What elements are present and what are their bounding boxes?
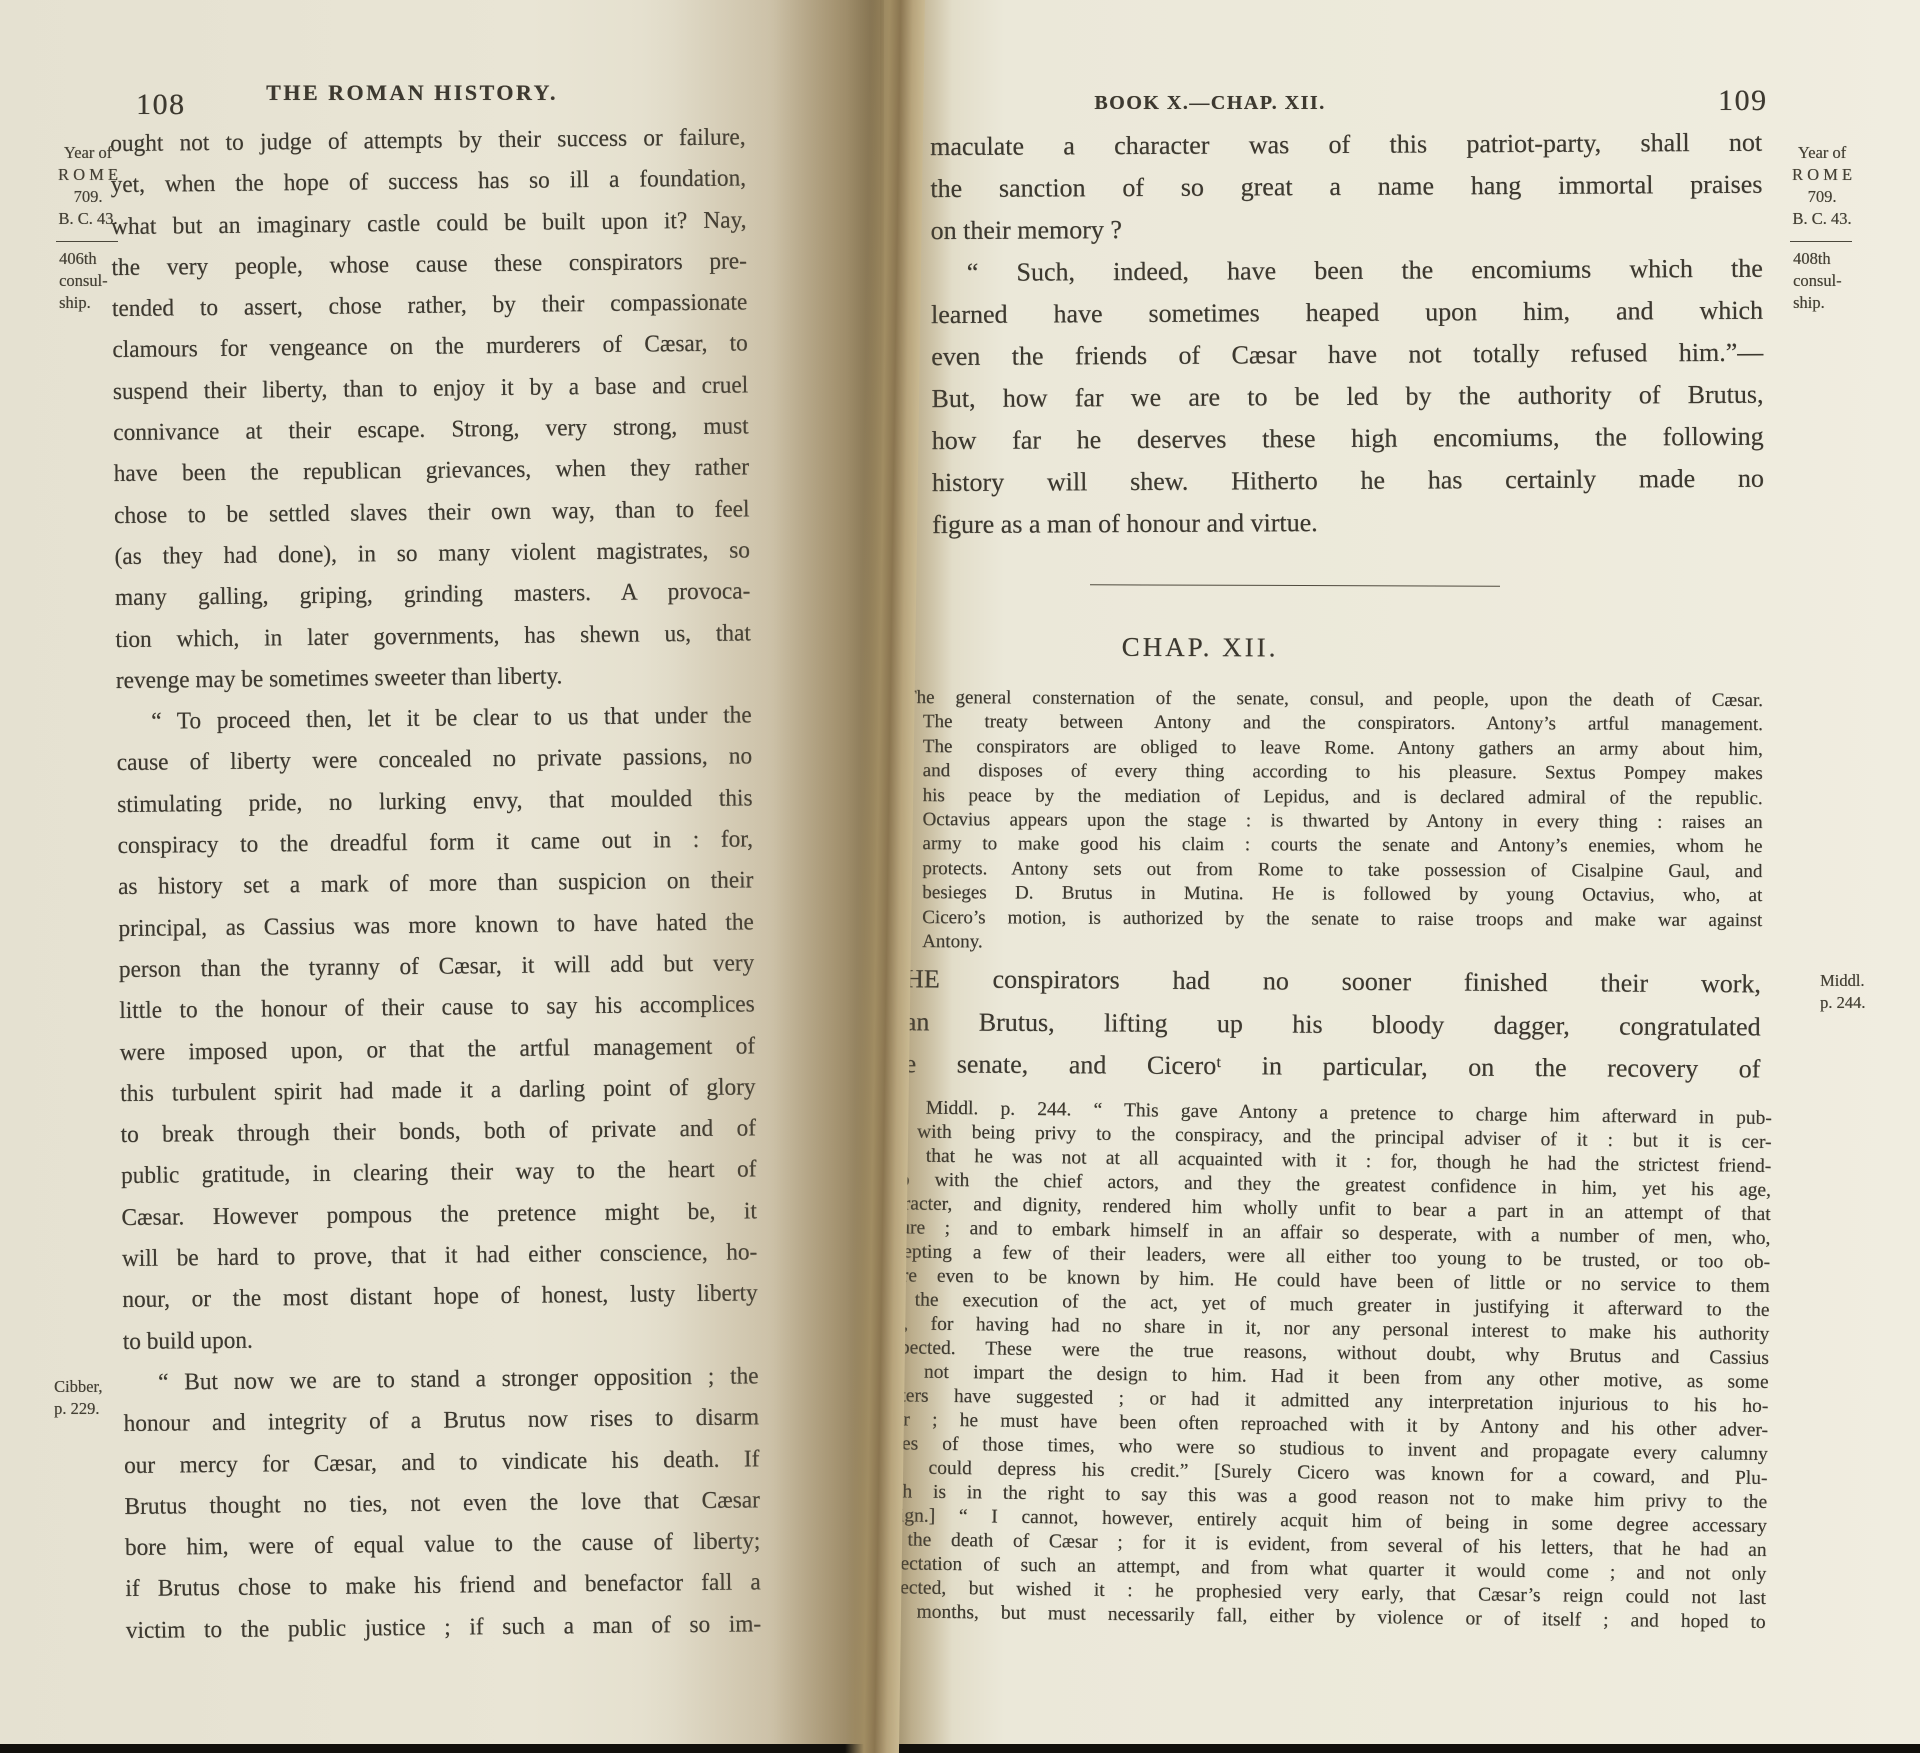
paragraph: “ Such, indeed, have been the encomiums … [931, 248, 1765, 546]
text-line: R O M E [1778, 164, 1866, 186]
text-line: (as they had done), in so many violent m… [114, 530, 750, 578]
margin-note-year-right: Year ofR O M E709.B. C. 43. [1778, 142, 1866, 230]
text-line: learned have sometimes heaped upon him, … [931, 290, 1763, 336]
text-line: little to the honour of their cause to s… [119, 985, 755, 1033]
text-line: this turbulent spirit had made it a darl… [120, 1067, 756, 1115]
right-page: BOOK X.—CHAP. XII. 109 Year ofR O M E709… [880, 0, 1920, 1744]
text-line: cause of liberty were concealed no priva… [116, 737, 752, 785]
right-running-title: BOOK X.—CHAP. XII. [930, 92, 1490, 115]
footnote-text: ᵗ Middl. p. 244. “ This gave Antony a pr… [872, 1096, 1772, 1635]
text-line: as history set a mark of more than suspi… [118, 861, 754, 909]
text-line: suspend their liberty, than to enjoy it … [113, 365, 749, 413]
text-line: were imposed upon, or that the artful ma… [120, 1026, 756, 1074]
paragraph: ᵗ Middl. p. 244. “ This gave Antony a pr… [872, 1096, 1772, 1635]
text-line: Year of [1778, 142, 1866, 164]
text-line: what but an imaginary castle could be bu… [111, 200, 747, 248]
right-page-number: 109 [1718, 84, 1768, 118]
text-line: figure as a man of honour and virtue. [932, 500, 1764, 546]
chapter-divider-rule [1090, 584, 1500, 586]
text-line: tended to assert, chose rather, by their… [112, 283, 748, 331]
text-line: ought not to judge of attempts by their … [110, 117, 746, 165]
text-line: Brutus thought no ties, not even the lov… [124, 1480, 760, 1528]
paragraph: The general consternation of the senate,… [904, 686, 1763, 957]
text-line: his peace by the mediation of Lepidus, a… [905, 784, 1763, 811]
text-line: person than the tyranny of Cæsar, it wil… [119, 943, 755, 991]
text-line: stimulating pride, no lurking envy, that… [117, 778, 753, 826]
text-line: 408th [1778, 248, 1866, 270]
text-line: the very people, whose cause these consp… [111, 241, 747, 289]
text-line: THE conspirators had no sooner finished … [885, 956, 1761, 1006]
margin-rule-left [56, 241, 118, 242]
text-line: Cæsar. However pompous the pretence migh… [121, 1191, 757, 1239]
text-line: to break through their bonds, both of pr… [120, 1108, 756, 1156]
text-line: victim to the public justice ; if such a… [126, 1604, 762, 1652]
text-line: bore him, were of equal value to the cau… [125, 1521, 761, 1569]
margin-rule-right [1790, 241, 1852, 242]
book-scan: { "palette":{ "paper_left":"#e8e4d4", "p… [0, 0, 1920, 1753]
text-line: nour, or the most distant hope of honest… [122, 1274, 758, 1322]
text-line: protects. Antony sets out from Rome to t… [904, 857, 1762, 884]
text-line: besieges D. Brutus in Mutina. He is foll… [904, 881, 1762, 908]
text-line: public gratitude, in clearing their way … [121, 1150, 757, 1198]
paragraph: “ To proceed then, let it be clear to us… [116, 695, 758, 1362]
text-line: have been the republican grievances, whe… [113, 448, 749, 496]
left-body-text: ought not to judge of attempts by their … [110, 117, 761, 1652]
text-line: on their memory ? [930, 206, 1762, 252]
text-line: consul- [1778, 270, 1866, 292]
text-line: 709. [1778, 186, 1866, 208]
text-line: “ But now we are to stand a stronger opp… [123, 1356, 759, 1404]
text-line: if Brutus chose to make his friend and b… [125, 1563, 761, 1611]
chapter-opening-text: THE conspirators had no sooner finished … [884, 956, 1761, 1091]
text-line: many galling, griping, grinding masters.… [115, 572, 751, 620]
text-line: Octavius appears upon the stage : is thw… [904, 808, 1762, 835]
text-line: army to make good his claim : courts the… [904, 832, 1762, 859]
text-line: ship. [1778, 292, 1866, 314]
text-line: clamours for vengeance on the murderers … [112, 324, 748, 372]
text-line: “ Such, indeed, have been the encomiums … [931, 248, 1763, 294]
text-line: conspiracy to the dreadful form it came … [117, 819, 753, 867]
text-line: revenge may be sometimes sweeter than li… [116, 654, 752, 702]
left-page: 108 THE ROMAN HISTORY. Year ofR O M E709… [0, 0, 884, 1744]
text-line: The treaty between Antony and the conspi… [905, 710, 1763, 737]
text-line: Cicero’s motion, is authorized by the se… [904, 906, 1762, 933]
text-line: maculate a character was of this patriot… [930, 122, 1762, 168]
text-line: history will shew. Hitherto he has certa… [932, 458, 1764, 504]
text-line: yet, when the hope of success has so ill… [110, 159, 746, 207]
left-running-title: THE ROMAN HISTORY. [112, 80, 712, 106]
chapter-summary: The general consternation of the senate,… [904, 686, 1763, 957]
text-line: The conspirators are obliged to leave Ro… [905, 735, 1763, 762]
text-line: how far he deserves these high encomiums… [932, 416, 1764, 462]
paragraph: ought not to judge of attempts by their … [110, 117, 751, 702]
text-line: But, how far we are to be led by the aut… [931, 374, 1763, 420]
text-line: Middl. [1820, 970, 1912, 992]
text-line: “ To proceed then, let it be clear to us… [116, 695, 752, 743]
text-line: the senate, and Ciceroᵗ in particular, o… [884, 1043, 1760, 1091]
text-line: B. C. 43. [1778, 208, 1866, 230]
text-line: the sanction of so great a name hang imm… [930, 164, 1762, 210]
right-body-text: maculate a character was of this patriot… [930, 122, 1764, 546]
text-line: will be hard to prove, that it had eithe… [122, 1232, 758, 1280]
text-line: to build upon. [123, 1315, 759, 1363]
paragraph: maculate a character was of this patriot… [930, 122, 1763, 252]
text-line: p. 244. [1820, 992, 1912, 1014]
text-line: Antony. [904, 930, 1762, 957]
text-line: even the friends of Cæsar have not total… [931, 332, 1763, 378]
text-line: honour and integrity of a Brutus now ris… [123, 1397, 759, 1445]
text-line: and disposes of every thing according to… [905, 759, 1763, 786]
text-line: than Brutus, lifting up his bloody dagge… [884, 1000, 1760, 1048]
text-line: tion which, in later governments, has sh… [115, 613, 751, 661]
paragraph: “ But now we are to stand a stronger opp… [123, 1356, 761, 1652]
margin-note-consulship-right: 408thconsul-ship. [1778, 248, 1866, 314]
paragraph: THE conspirators had no sooner finished … [884, 956, 1761, 1091]
text-line: The general consternation of the senate,… [905, 686, 1763, 713]
scan-edge-bar [0, 1744, 1920, 1753]
text-line: our mercy for Cæsar, and to vindicate hi… [124, 1439, 760, 1487]
chapter-heading: CHAP. XII. [895, 631, 1505, 664]
text-line: connivance at their escape. Strong, very… [113, 406, 749, 454]
text-line: principal, as Cassius was more known to … [118, 902, 754, 950]
margin-note-middleton: Middl.p. 244. [1820, 970, 1912, 1014]
text-line: chose to be settled slaves their own way… [114, 489, 750, 537]
